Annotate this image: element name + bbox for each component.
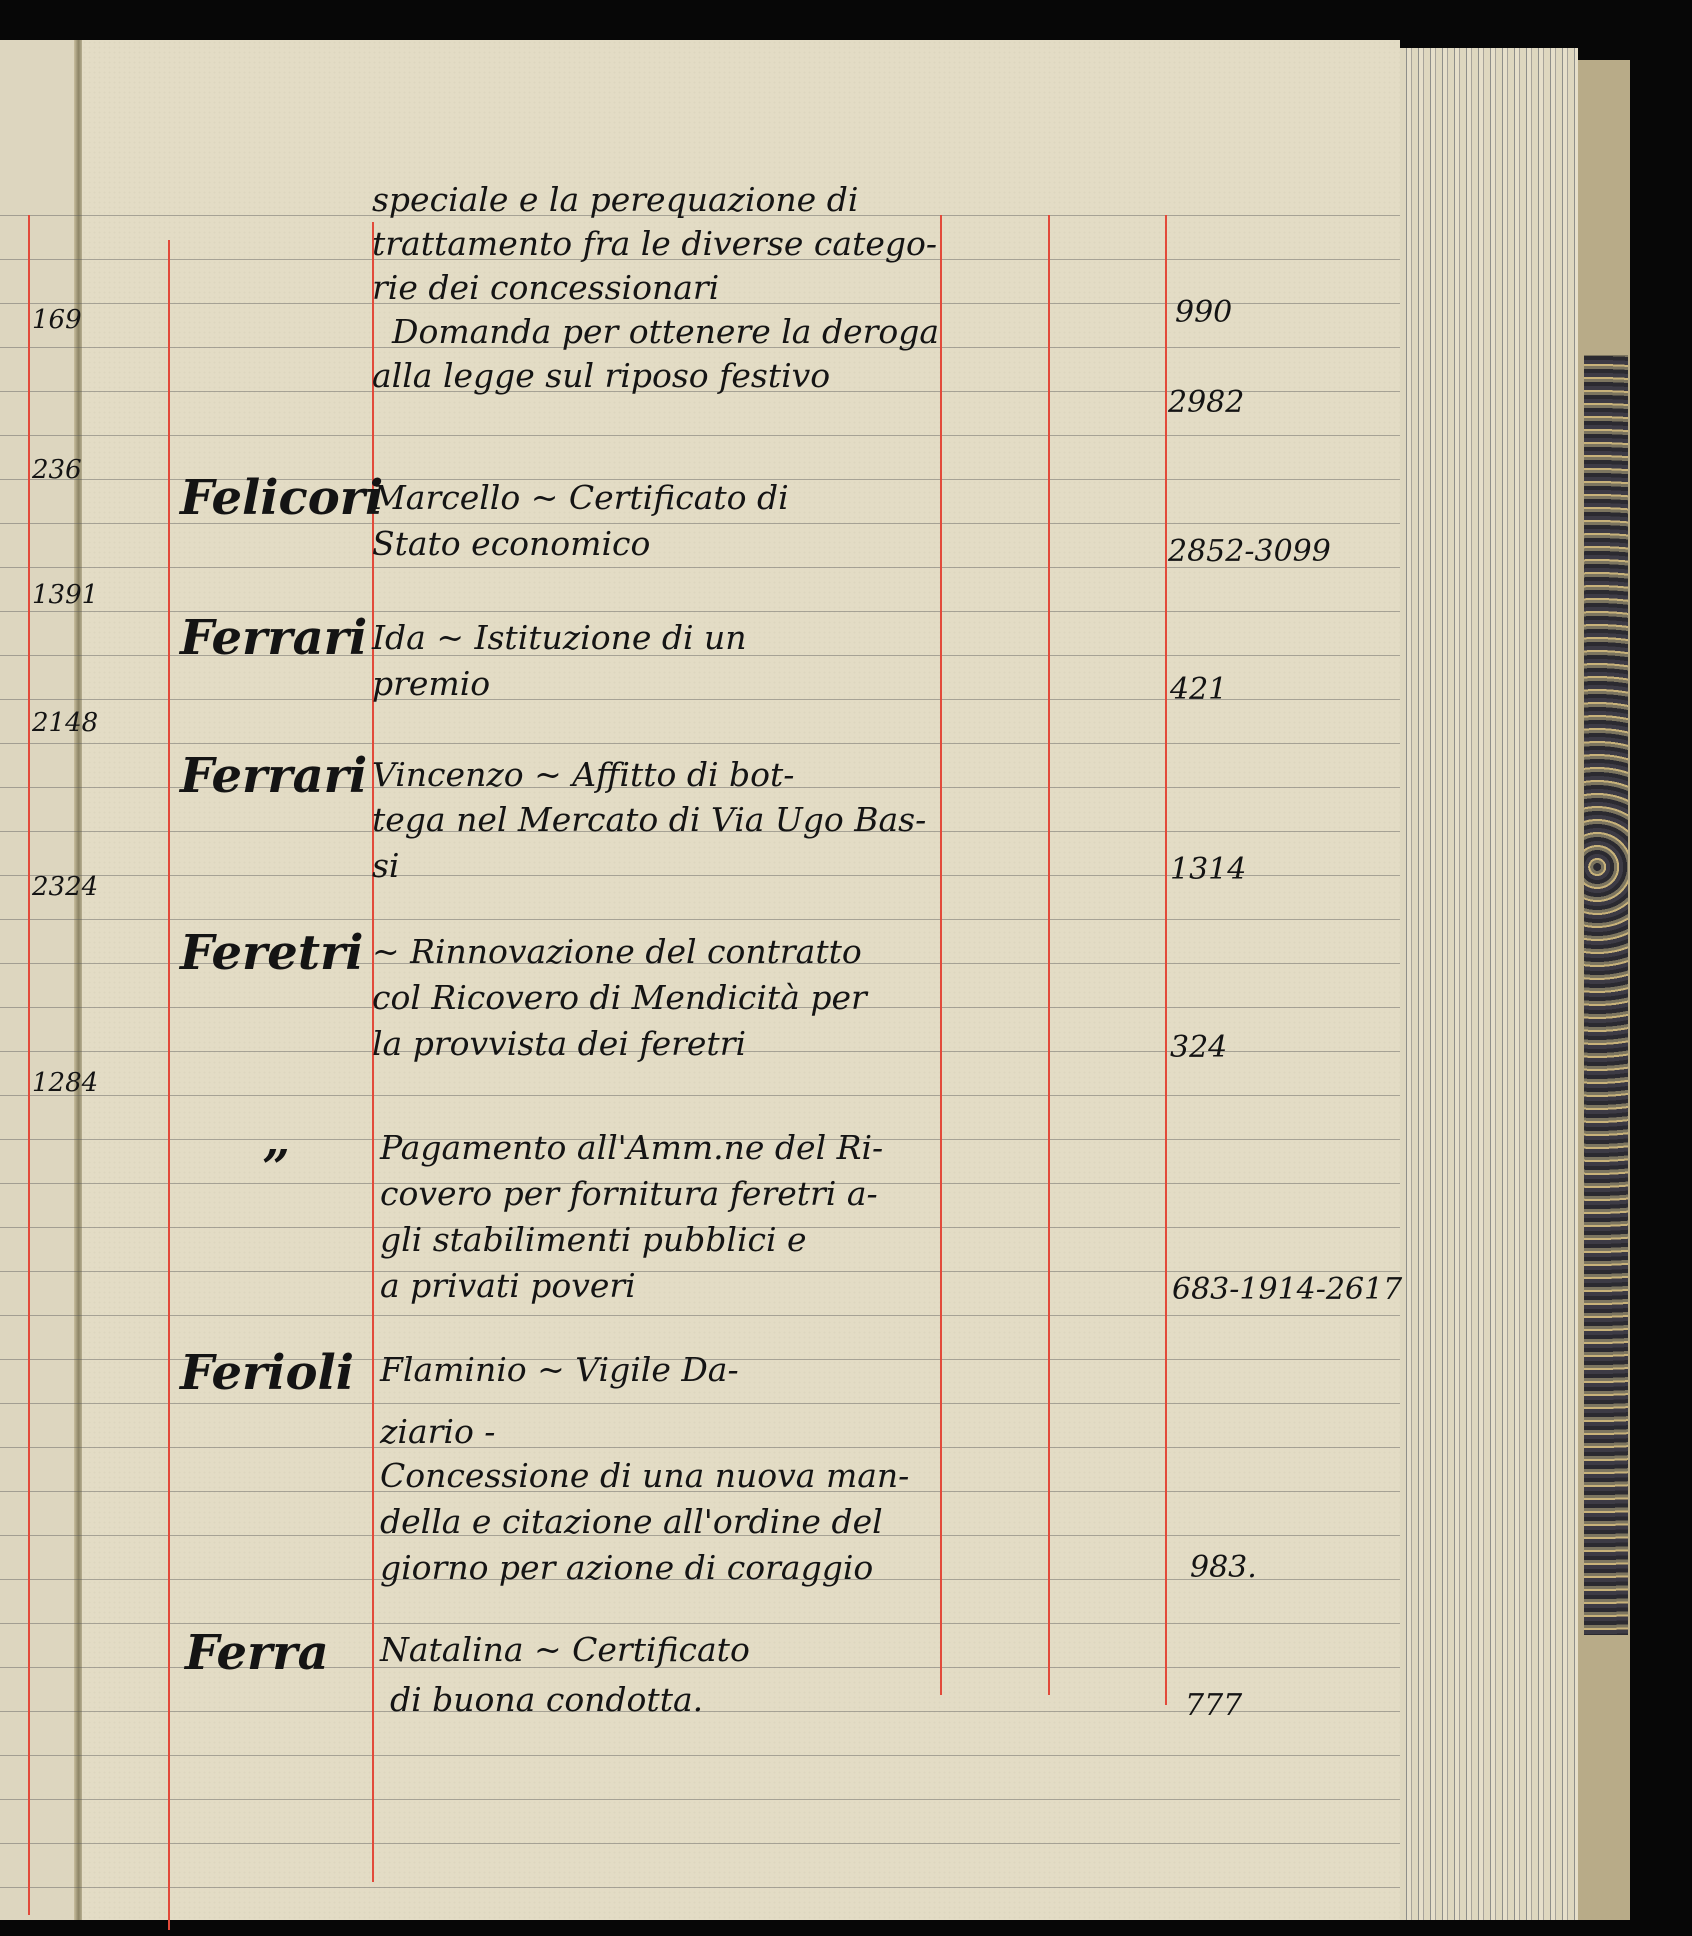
entry-description-line: si xyxy=(372,846,400,885)
entry-description-line: ziario - xyxy=(380,1412,495,1451)
entry-description-line: speciale e la perequazione di xyxy=(372,180,858,219)
red-rule-reference xyxy=(1165,215,1167,1705)
entry-description-line: a privati poveri xyxy=(380,1266,636,1305)
entry-description-line: gli stabilimenti pubblici e xyxy=(380,1220,807,1259)
entry-description-line: Concessione di una nuova man- xyxy=(380,1456,909,1495)
entry-description-line: giorno per azione di coraggio xyxy=(380,1548,873,1587)
ruled-line xyxy=(0,743,1400,744)
entry-description-line: Flaminio ~ Vigile Da- xyxy=(380,1350,739,1389)
left-page-number: 1391 xyxy=(32,580,98,610)
entry-description-line: Stato economico xyxy=(372,524,650,563)
entry-description-line: covero per fornitura feretri a- xyxy=(380,1174,878,1213)
entry-description-line: la provvista dei feretri xyxy=(372,1024,746,1063)
ditto-mark: ” xyxy=(262,1140,290,1196)
entry-description-line: Natalina ~ Certificato xyxy=(380,1630,750,1669)
red-rule-col4 xyxy=(1048,215,1050,1695)
ruled-line xyxy=(0,1755,1400,1756)
entry-reference: 683-1914-2617 xyxy=(1172,1272,1402,1307)
entry-reference: 421 xyxy=(1170,672,1227,707)
ruled-line xyxy=(0,1623,1400,1624)
ruled-line xyxy=(0,1315,1400,1316)
entry-surname: Ferra xyxy=(185,1625,329,1681)
ruled-line xyxy=(0,1095,1400,1096)
entry-reference: 777 xyxy=(1185,1688,1242,1723)
ruled-line xyxy=(0,1447,1400,1448)
entry-description-line: della e citazione all'ordine del xyxy=(380,1502,883,1541)
left-page-number: 2324 xyxy=(32,872,98,902)
ruled-line xyxy=(0,919,1400,920)
ruled-line xyxy=(0,1887,1400,1888)
left-page-number: 236 xyxy=(32,455,82,485)
ruled-line xyxy=(0,1799,1400,1800)
entry-description-line: col Ricovero di Mendicità per xyxy=(372,978,867,1017)
entry-reference: 2982 xyxy=(1168,385,1244,420)
left-page-number: 2148 xyxy=(32,708,98,738)
left-page-number: 169 xyxy=(32,305,82,335)
entry-surname: Ferioli xyxy=(180,1345,354,1401)
entry-description-line: trattamento fra le diverse catego- xyxy=(372,224,937,263)
ruled-line xyxy=(0,435,1400,436)
entry-description-line: Domanda per ottenere la deroga xyxy=(392,312,939,351)
marbled-cover-edge xyxy=(1584,355,1628,1635)
entry-reference: 990 xyxy=(1175,295,1232,330)
entry-description-line: tega nel Mercato di Via Ugo Bas- xyxy=(372,800,926,839)
entry-description-line: premio xyxy=(372,664,490,703)
red-rule-col3 xyxy=(940,215,942,1695)
ruled-line xyxy=(0,1403,1400,1404)
entry-description-line: ~ Rinnovazione del contratto xyxy=(372,932,862,971)
entry-reference: 324 xyxy=(1170,1030,1227,1065)
entry-description-line: Vincenzo ~ Affitto di bot- xyxy=(372,755,794,794)
ruled-line xyxy=(0,1843,1400,1844)
entry-reference: 983. xyxy=(1190,1550,1257,1585)
entry-surname: Ferrari xyxy=(180,610,367,666)
entry-description-line: Ida ~ Istituzione di un xyxy=(372,618,747,657)
entry-surname: Ferrari xyxy=(180,748,367,804)
entry-reference: 2852-3099 xyxy=(1168,534,1331,569)
entry-description-line: di buona condotta. xyxy=(390,1680,703,1719)
entry-description-line: Pagamento all'Amm.ne del Ri- xyxy=(380,1128,883,1167)
stacked-page-edges xyxy=(1400,48,1578,1920)
left-page-number: 1284 xyxy=(32,1068,98,1098)
red-rule-left-page xyxy=(28,215,30,1915)
entry-description-line: rie dei concessionari xyxy=(372,268,719,307)
red-rule-surname xyxy=(168,240,170,1930)
entry-reference: 1314 xyxy=(1170,852,1246,887)
entry-description-line: alla legge sul riposo festivo xyxy=(372,356,830,395)
entry-surname: Feretri xyxy=(180,925,364,981)
entry-surname: Felicori xyxy=(180,470,383,526)
entry-description-line: Marcello ~ Certificato di xyxy=(372,478,789,517)
